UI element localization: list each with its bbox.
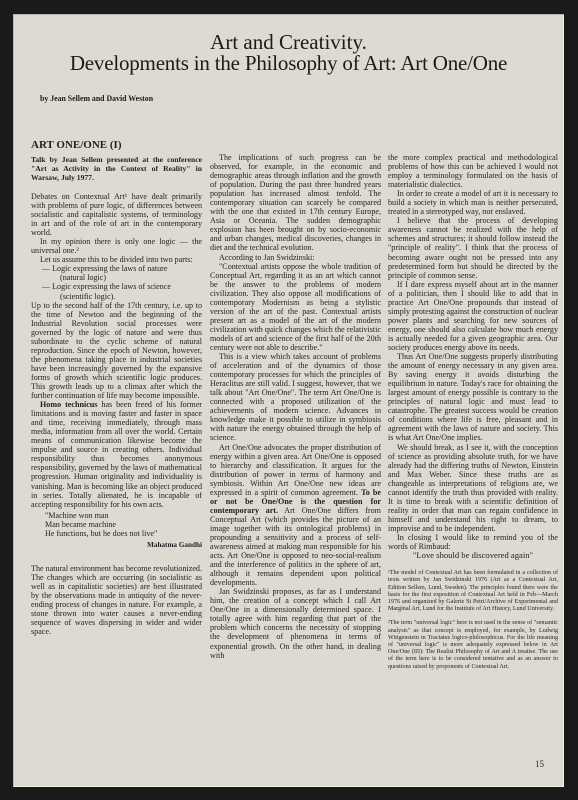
paragraph: If I dare express myself about art in th… (388, 280, 558, 352)
paragraph: According to Jan Swidzinski: (210, 253, 381, 262)
magazine-page: Art and Creativity. Developments in the … (13, 14, 564, 787)
list-item: — Logic expressing the laws of science (42, 282, 202, 291)
footnote-1: ¹The model of Contextual Art has been fo… (388, 570, 558, 613)
paragraph: the more complex practical and methodolo… (388, 153, 558, 189)
article-title: Art and Creativity. Developments in the … (13, 32, 564, 74)
paragraph: In my opinion there is only one logic — … (31, 237, 202, 255)
column-1: ART ONE/ONE (I) Talk by Jean Sellem pres… (31, 139, 202, 636)
list-item-sub: (natural logic) (42, 273, 202, 282)
paragraph: Thus Art One/One suggests properly distr… (388, 352, 558, 442)
paragraph: Art One/One advocates the proper distrib… (210, 443, 381, 588)
paragraph: I believe that the process of developing… (388, 216, 558, 279)
paragraph-text: Art One/One differs from Conceptual Art … (210, 506, 381, 587)
byline: by Jean Sellem and David Weston (40, 93, 153, 103)
list-item: — Logic expressing the laws of nature (42, 264, 202, 273)
column-2: The implications of such progress can be… (210, 153, 381, 660)
poem-line: He functions, but he does not live" (45, 529, 202, 538)
paragraph: Debates on Contextual Art¹ have dealt pr… (31, 192, 202, 237)
poem-author: Mahatma Gandhi (31, 541, 202, 550)
paragraph: Homo technicus has been freed of his for… (31, 400, 202, 509)
paragraph: This is a view which takes account of pr… (210, 352, 381, 442)
title-line-2: Developments in the Philosophy of Art: A… (13, 53, 564, 74)
rimbaud-quote: "Love should be discovered again" (388, 551, 558, 560)
poem-line: Man became machine (45, 520, 202, 529)
column-3: the more complex practical and methodolo… (388, 153, 558, 678)
paragraph-text: has been freed of his former limitations… (31, 400, 202, 509)
talk-note: Talk by Jean Sellem presented at the con… (31, 155, 202, 182)
bold-term: Homo technicus (40, 400, 97, 409)
paragraph: Up to the second half of the 17th centur… (31, 301, 202, 401)
poem-line: "Machine won man (45, 511, 202, 520)
logic-list: — Logic expressing the laws of nature (n… (31, 264, 202, 300)
paragraph: Jan Swidzinski proposes, as far as I und… (210, 587, 381, 659)
paragraph-text: Art One/One advocates the proper distrib… (210, 443, 381, 497)
paragraph: Let us assume this to be divided into tw… (31, 255, 202, 264)
page-number: 15 (535, 759, 544, 769)
poem-quote: "Machine won man Man became machine He f… (31, 511, 202, 538)
paragraph: We should break, as I see it, with the c… (388, 443, 558, 533)
paragraph: The natural environment has become revol… (31, 564, 202, 636)
list-item-sub: (scientific logic). (42, 292, 202, 301)
paragraph: In order to create a model of art it is … (388, 189, 558, 216)
footnote-2: ²The term "universal logic" here is not … (388, 620, 558, 670)
paragraph: "Contextual artists oppose the whole tra… (210, 262, 381, 352)
paragraph: In closing I would like to remind you of… (388, 533, 558, 551)
paragraph: The implications of such progress can be… (210, 153, 381, 253)
section-heading: ART ONE/ONE (I) (31, 139, 202, 152)
